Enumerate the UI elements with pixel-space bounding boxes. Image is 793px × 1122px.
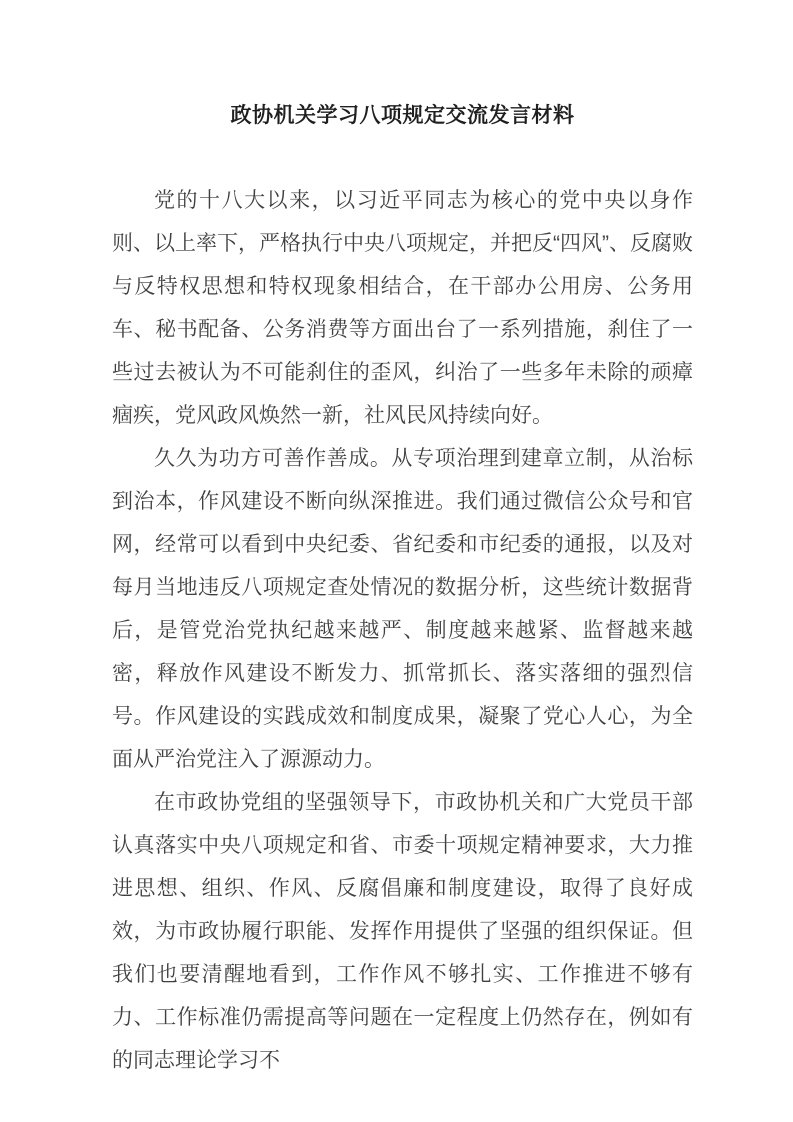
paragraph-1: 党的十八大以来，以习近平同志为核心的党中央以身作则、以上率下，严格执行中央八项规…	[112, 179, 693, 437]
document-page: 政协机关学习八项规定交流发言材料 党的十八大以来，以习近平同志为核心的党中央以身…	[0, 0, 793, 1122]
document-title: 政协机关学习八项规定交流发言材料	[112, 94, 693, 137]
paragraph-2: 久久为功方可善作善成。从专项治理到建章立制，从治标到治本，作风建设不断向纵深推进…	[112, 437, 693, 781]
paragraph-3: 在市政协党组的坚强领导下，市政协机关和广大党员干部认真落实中央八项规定和省、市委…	[112, 781, 693, 1082]
